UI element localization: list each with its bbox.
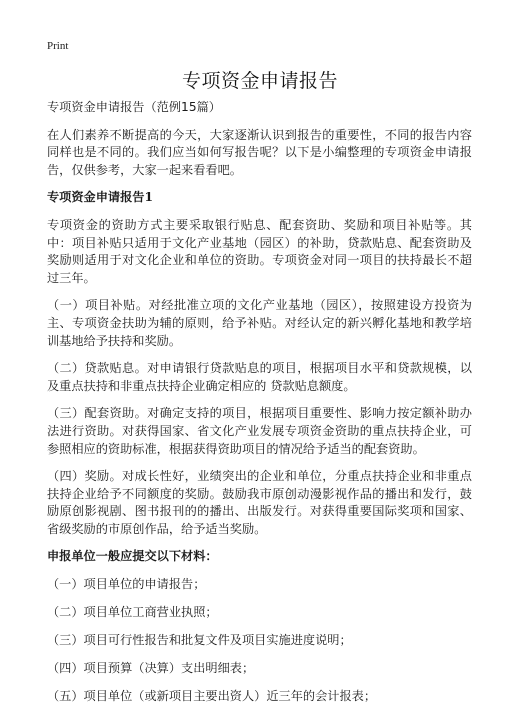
document-page: Print 专项资金申请报告 专项资金申请报告（范例15篇） 在人们素养不断提高…	[0, 0, 520, 718]
materials-list-item: （三）项目可行性报告和批复文件及项目实施进度说明；	[47, 632, 472, 650]
materials-list-item: （一）项目单位的申请报告；	[47, 576, 472, 594]
document-title: 专项资金申请报告	[0, 66, 520, 93]
section-heading-1: 专项资金申请报告1	[47, 189, 472, 207]
print-label: Print	[47, 40, 68, 52]
intro-paragraph: 在人们素养不断提高的今天，大家逐渐认识到报告的重要性，不同的报告内容同样也是不同…	[47, 127, 472, 180]
section1-paragraph: （二）贷款贴息。对申请银行贷款贴息的项目，根据项目水平和贷款规模，以及重点扶持和…	[47, 360, 472, 395]
section1-paragraph: （四）奖励。对成长性好，业绩突出的企业和单位，分重点扶持企业和非重点扶持企业给予…	[47, 468, 472, 538]
document-subtitle: 专项资金申请报告（范例15篇）	[47, 99, 472, 117]
materials-list-item: （五）项目单位（或新项目主要出资人）近三年的会计报表；	[47, 688, 472, 706]
materials-list-item: （二）项目单位工商营业执照；	[47, 604, 472, 622]
section1-paragraph: 专项资金的资助方式主要采取银行贴息、配套资助、奖励和项目补贴等。其中：项目补贴只…	[47, 217, 472, 287]
materials-heading: 申报单位一般应提交以下材料：	[47, 548, 472, 566]
materials-list-item: （四）项目预算（决算）支出明细表；	[47, 660, 472, 678]
document-body: 专项资金申请报告（范例15篇） 在人们素养不断提高的今天，大家逐渐认识到报告的重…	[47, 99, 472, 717]
section1-paragraph: （三）配套资助。对确定支持的项目，根据项目重要性、影响力按定额补助办法进行资助。…	[47, 405, 472, 458]
section1-paragraph: （一）项目补贴。对经批准立项的文化产业基地（园区），按照建设方投资为主、专项资金…	[47, 297, 472, 350]
